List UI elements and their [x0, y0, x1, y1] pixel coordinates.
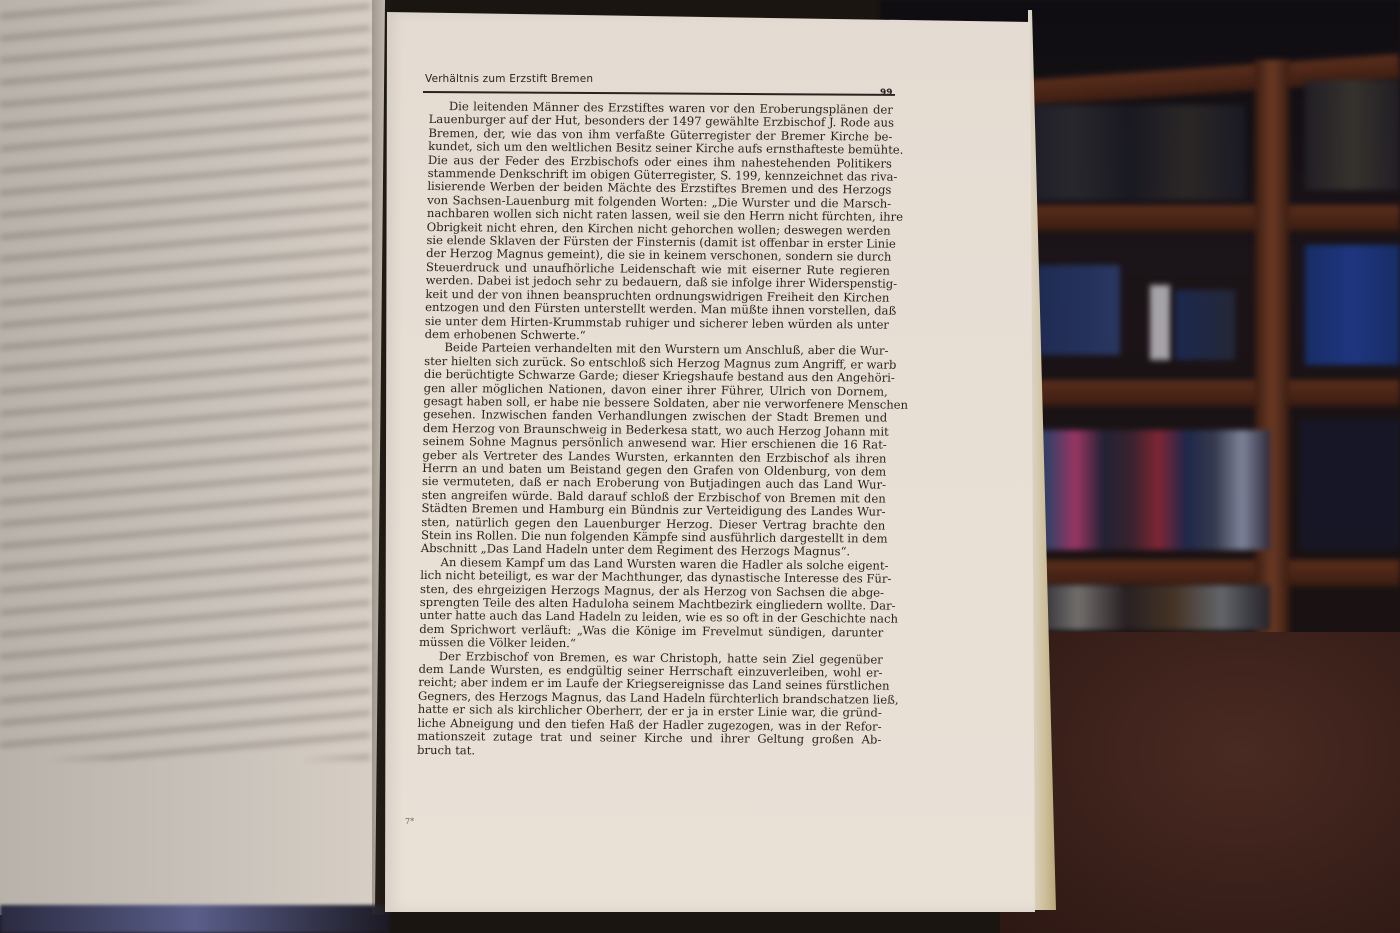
book-row: [1020, 430, 1270, 550]
shelf-board: [1000, 560, 1400, 586]
book-row: [1175, 290, 1235, 360]
shelf-post: [1255, 60, 1289, 640]
running-head: Verhältnis zum Erzstift Bremen: [425, 73, 895, 85]
body-text: Die leitenden Männer des Erzstiftes ware…: [417, 100, 893, 760]
left-page: [0, 0, 390, 915]
book-row: [1305, 80, 1400, 190]
right-page: Verhältnis zum Erzstift Bremen 99 Die le…: [385, 12, 1035, 912]
photo-scene: Verhältnis zum Erzstift Bremen 99 Die le…: [0, 0, 1400, 933]
shelf-board: [1000, 205, 1400, 231]
book-cover-edge: [0, 905, 390, 933]
book-row: [1030, 585, 1270, 630]
signature-mark: 7*: [405, 817, 414, 826]
page-number: 99: [880, 88, 893, 98]
shelf-board: [1000, 380, 1400, 406]
book-row: [1300, 420, 1400, 550]
desk-surface: [1000, 632, 1400, 933]
header-rule: [423, 91, 895, 96]
left-page-blurred-text: [0, 0, 370, 760]
book-row: [1305, 245, 1400, 365]
book-row: [1015, 105, 1245, 200]
book-spine: [1150, 285, 1170, 360]
